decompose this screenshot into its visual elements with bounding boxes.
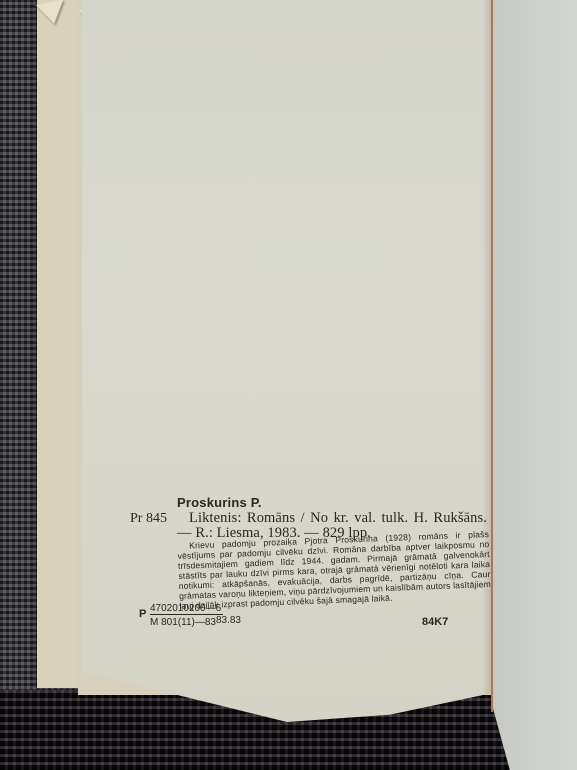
index-letter: P xyxy=(139,608,146,620)
index-suffix: 83.83 xyxy=(216,615,241,626)
class-mark: Pr 845 xyxy=(130,511,167,527)
book-page-right xyxy=(493,0,577,770)
annotation-text: Krievu padomju prozaiķa Pjotra Proskurin… xyxy=(177,529,491,611)
author-heading: Proskurins P. xyxy=(177,495,262,510)
book-gutter xyxy=(491,0,493,712)
index-fraction: 4702010200—6 M 801(11)—8383.83 xyxy=(150,603,241,628)
bbk-code: 84K7 xyxy=(422,616,448,628)
index-numerator: 4702010200—6 xyxy=(150,603,223,615)
index-denominator: M 801(11)—83 xyxy=(150,617,216,628)
